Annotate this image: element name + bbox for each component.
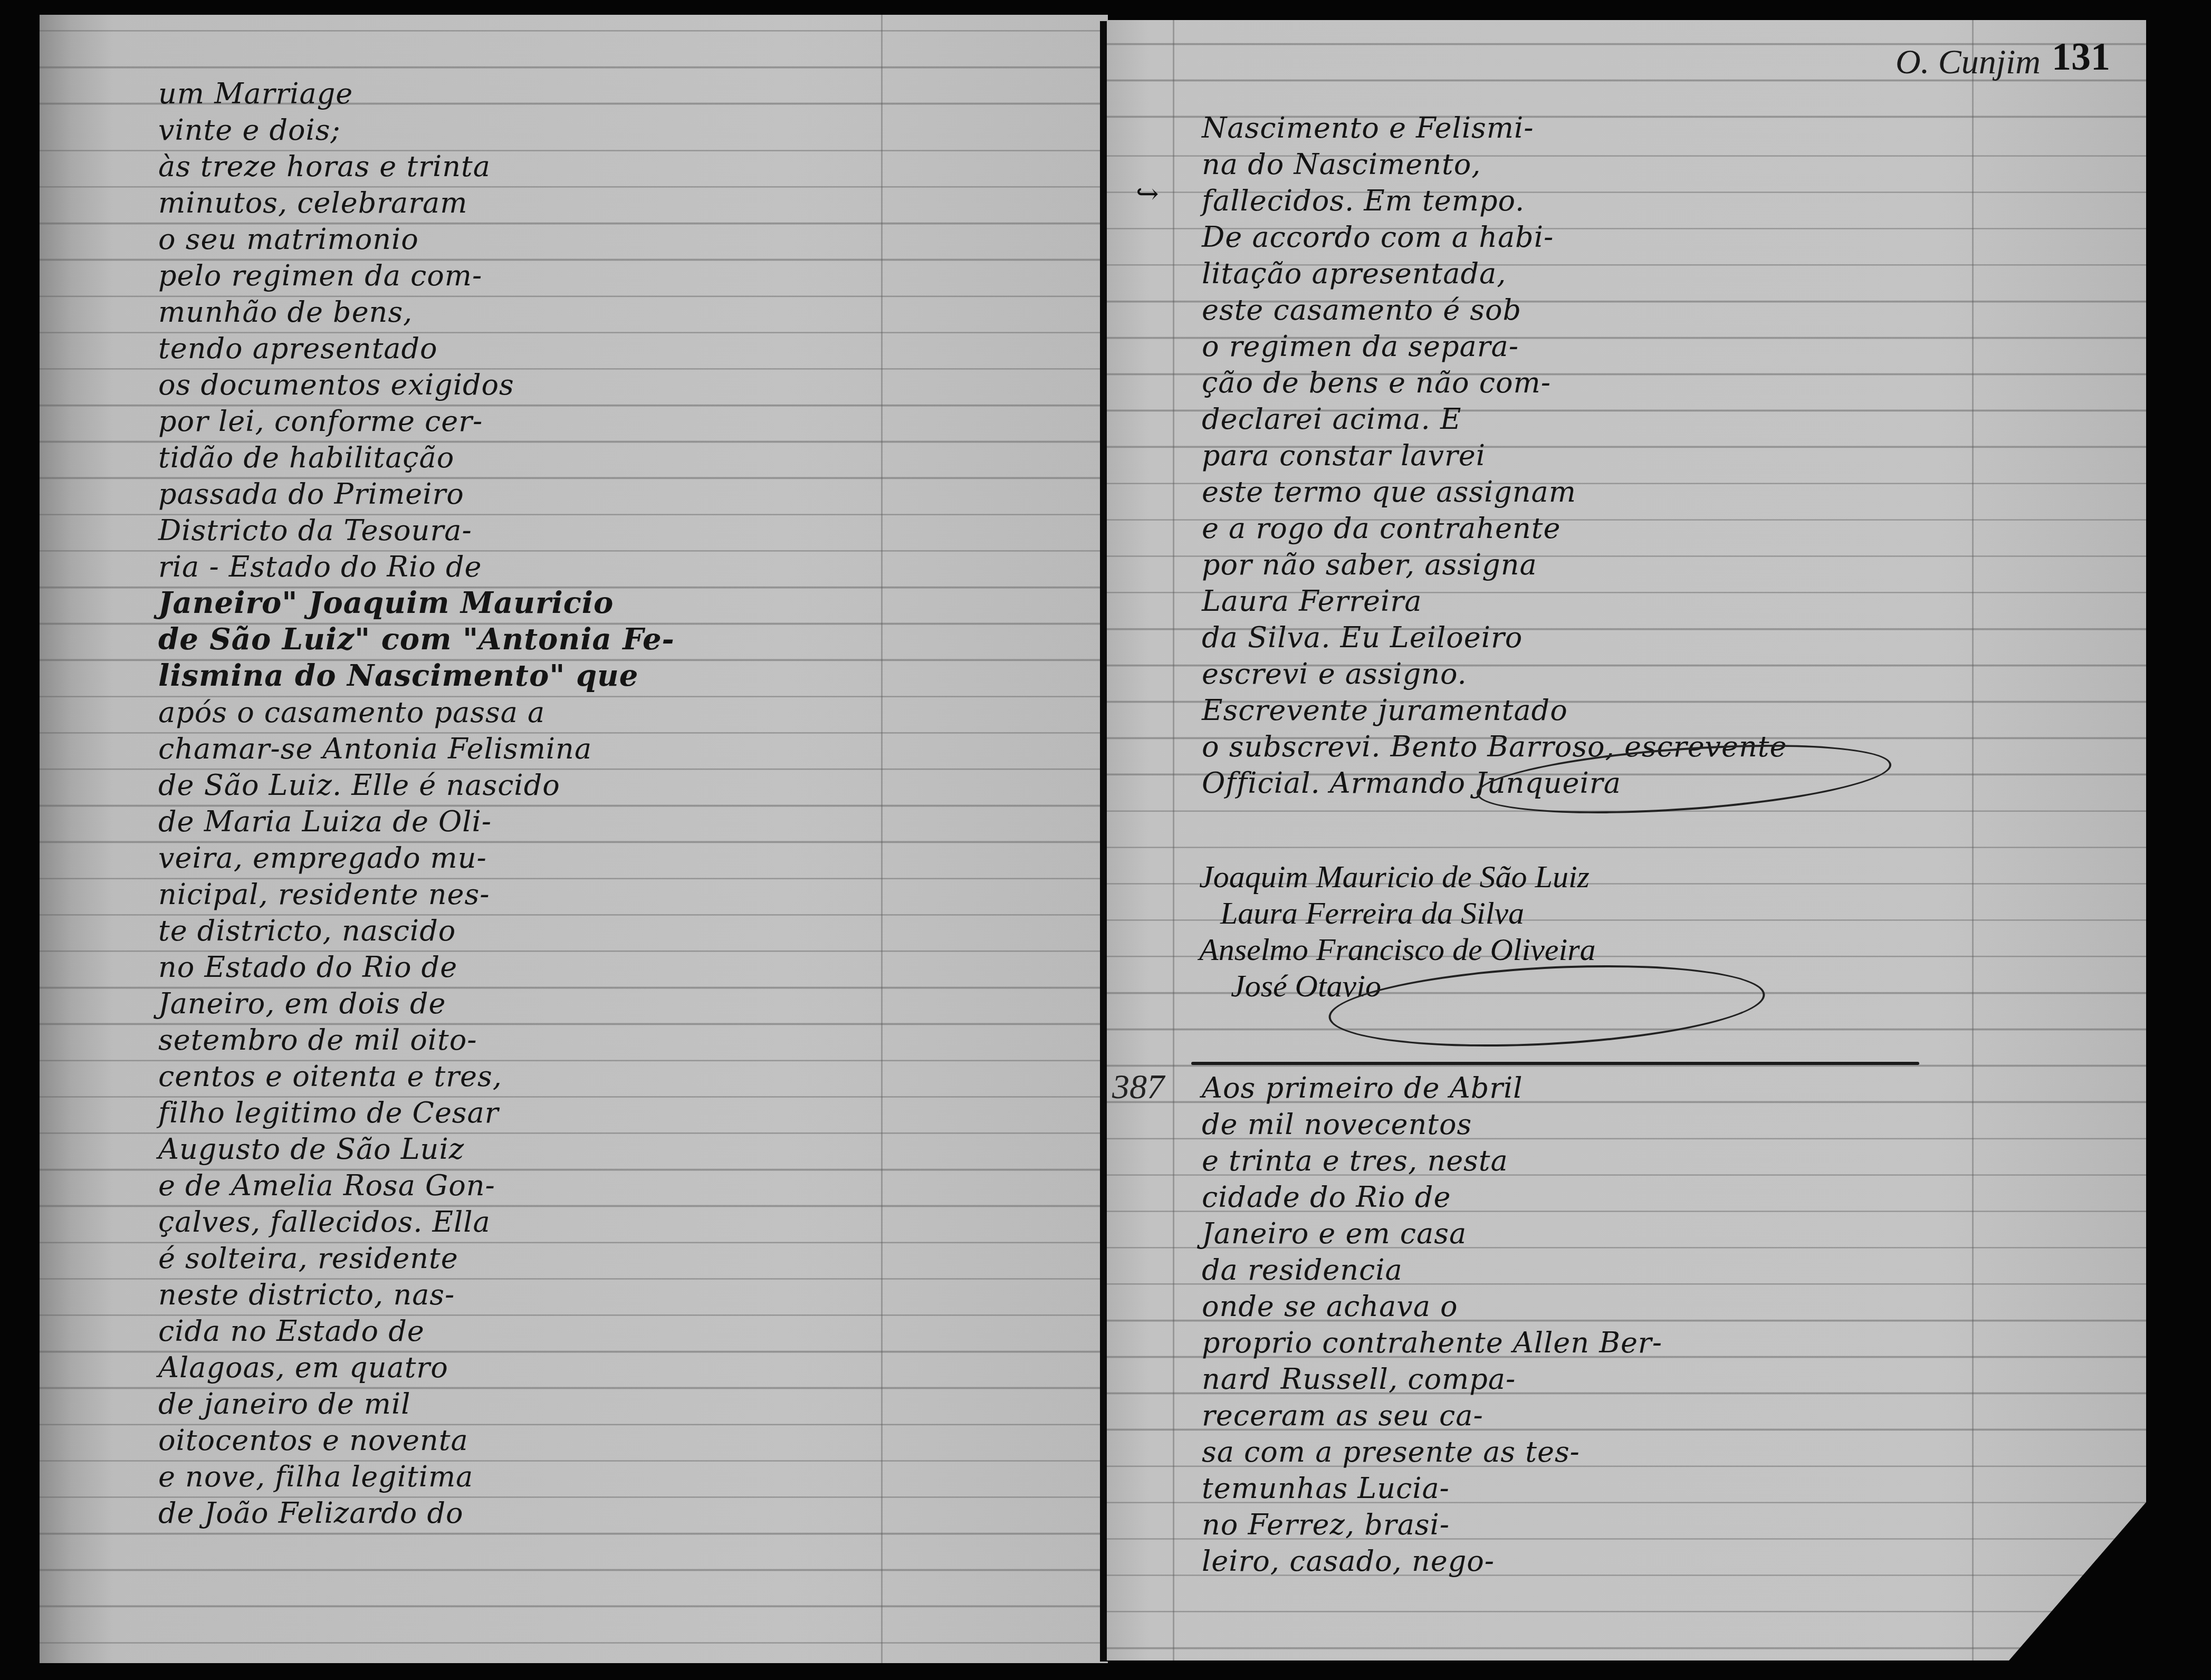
- text-line: o regimen da separa-: [1202, 328, 1787, 364]
- signature-groom: Joaquim Mauricio de São Luiz: [1199, 859, 1596, 895]
- text-line: Janeiro e em casa: [1202, 1215, 1662, 1252]
- text-line: este casamento é sob: [1202, 292, 1787, 328]
- text-line: receram as seu ca-: [1202, 1397, 1662, 1434]
- text-line: para constar lavrei: [1202, 437, 1787, 474]
- text-line: e trinta e tres, nesta: [1202, 1143, 1662, 1179]
- text-line: por lei, conforme cer-: [158, 403, 675, 439]
- left-margin-rule: [1173, 20, 1174, 1660]
- signature-proxy: Laura Ferreira da Silva: [1199, 895, 1596, 932]
- text-line: por não saber, assigna: [1202, 546, 1787, 583]
- text-line: de Maria Luiza de Oli-: [158, 803, 675, 840]
- text-line: chamar-se Antonia Felismina: [158, 731, 675, 767]
- text-line: pelo regimen da com-: [158, 257, 675, 294]
- text-line: de São Luiz. Elle é nascido: [158, 767, 675, 803]
- text-line: te districto, nascido: [158, 913, 675, 949]
- text-line: no Estado do Rio de: [158, 949, 675, 985]
- text-line: çalves, fallecidos. Ella: [158, 1204, 675, 1240]
- right-page: O. Cunjim 131 ↪ Nascimento e Felismi- na…: [1107, 20, 2146, 1660]
- text-line: nard Russell, compa-: [1202, 1361, 1662, 1397]
- text-line: Escrevente juramentado: [1202, 692, 1787, 728]
- text-line: escrevi e assigno.: [1202, 656, 1787, 692]
- text-line: na do Nascimento,: [1202, 146, 1787, 183]
- text-line: Nascimento e Felismi-: [1202, 110, 1787, 146]
- text-line: Alagoas, em quatro: [158, 1349, 675, 1386]
- text-line-groom-name: Janeiro" Joaquim Mauricio: [158, 585, 675, 621]
- text-line: é solteira, residente: [158, 1240, 675, 1276]
- text-line: tidão de habilitação: [158, 439, 675, 476]
- text-line: Janeiro, em dois de: [158, 985, 675, 1022]
- margin-arrow-icon: ↪: [1136, 178, 1159, 210]
- left-page-text: um Marriage vinte e dois; às treze horas…: [158, 75, 675, 1531]
- page-number: 131: [2052, 35, 2110, 80]
- text-line: e a rogo da contrahente: [1202, 510, 1787, 546]
- text-line: da Silva. Eu Leiloeiro: [1202, 619, 1787, 656]
- text-line: passada do Primeiro: [158, 476, 675, 512]
- text-line: setembro de mil oito-: [158, 1022, 675, 1058]
- text-line: de mil novecentos: [1202, 1106, 1662, 1143]
- left-page: um Marriage vinte e dois; às treze horas…: [40, 15, 1108, 1663]
- entry-separator: [1191, 1062, 1919, 1065]
- text-line: leiro, casado, nego-: [1202, 1543, 1662, 1579]
- text-line: após o casamento passa a: [158, 694, 675, 731]
- text-line: temunhas Lucia-: [1202, 1470, 1662, 1506]
- text-line: sa com a presente as tes-: [1202, 1434, 1662, 1470]
- text-line: munhão de bens,: [158, 294, 675, 330]
- text-line: Augusto de São Luiz: [158, 1131, 675, 1167]
- text-line: os documentos exigidos: [158, 367, 675, 403]
- text-line: às treze horas e trinta: [158, 148, 675, 185]
- text-line: Aos primeiro de Abril: [1202, 1070, 1662, 1106]
- scanned-book-spread: um Marriage vinte e dois; às treze horas…: [0, 0, 2211, 1680]
- text-line: veira, empregado mu-: [158, 840, 675, 876]
- signature-witness-1: Anselmo Francisco de Oliveira: [1199, 932, 1596, 968]
- text-line-bride-name: de São Luiz" com "Antonia Fe-: [158, 621, 675, 658]
- text-line: proprio contrahente Allen Ber-: [1202, 1324, 1662, 1361]
- text-line: Districto da Tesoura-: [158, 512, 675, 549]
- text-line: onde se achava o: [1202, 1288, 1662, 1324]
- text-line: o seu matrimonio: [158, 221, 675, 257]
- text-line: tendo apresentado: [158, 330, 675, 367]
- right-margin-rule: [1972, 20, 1974, 1660]
- text-line: este termo que assignam: [1202, 474, 1787, 510]
- text-line: oitocentos e noventa: [158, 1422, 675, 1458]
- text-line: um Marriage: [158, 75, 675, 112]
- text-line: declarei acima. E: [1202, 401, 1787, 437]
- text-line: neste districto, nas-: [158, 1276, 675, 1313]
- text-line: Laura Ferreira: [1202, 583, 1787, 619]
- text-line: litação apresentada,: [1202, 255, 1787, 292]
- text-line: ção de bens e não com-: [1202, 364, 1787, 401]
- text-line-bride-name-cont: lismina do Nascimento" que: [158, 658, 675, 694]
- text-line: cidade do Rio de: [1202, 1179, 1662, 1215]
- text-line: cida no Estado de: [158, 1313, 675, 1349]
- text-line: De accordo com a habi-: [1202, 219, 1787, 255]
- corner-signature: O. Cunjim: [1896, 42, 2041, 82]
- text-line: filho legitimo de Cesar: [158, 1095, 675, 1131]
- text-line: vinte e dois;: [158, 112, 675, 148]
- entry-387-text: Aos primeiro de Abril de mil novecentos …: [1202, 1070, 1662, 1579]
- text-line: e de Amelia Rosa Gon-: [158, 1167, 675, 1204]
- text-line: no Ferrez, brasi-: [1202, 1506, 1662, 1543]
- entry-number: 387: [1112, 1067, 1164, 1107]
- text-line: de janeiro de mil: [158, 1386, 675, 1422]
- text-line: centos e oitenta e tres,: [158, 1058, 675, 1095]
- text-line: de João Felizardo do: [158, 1495, 675, 1531]
- text-line: fallecidos. Em tempo.: [1202, 183, 1787, 219]
- right-page-text: Nascimento e Felismi- na do Nascimento, …: [1202, 110, 1787, 801]
- text-line: da residencia: [1202, 1252, 1662, 1288]
- page-corner-shadow: [2009, 1502, 2146, 1660]
- text-line: nicipal, residente nes-: [158, 876, 675, 913]
- text-line: minutos, celebraram: [158, 185, 675, 221]
- text-line: ria - Estado do Rio de: [158, 549, 675, 585]
- text-line: e nove, filha legitima: [158, 1458, 675, 1495]
- right-margin-rule: [881, 15, 883, 1663]
